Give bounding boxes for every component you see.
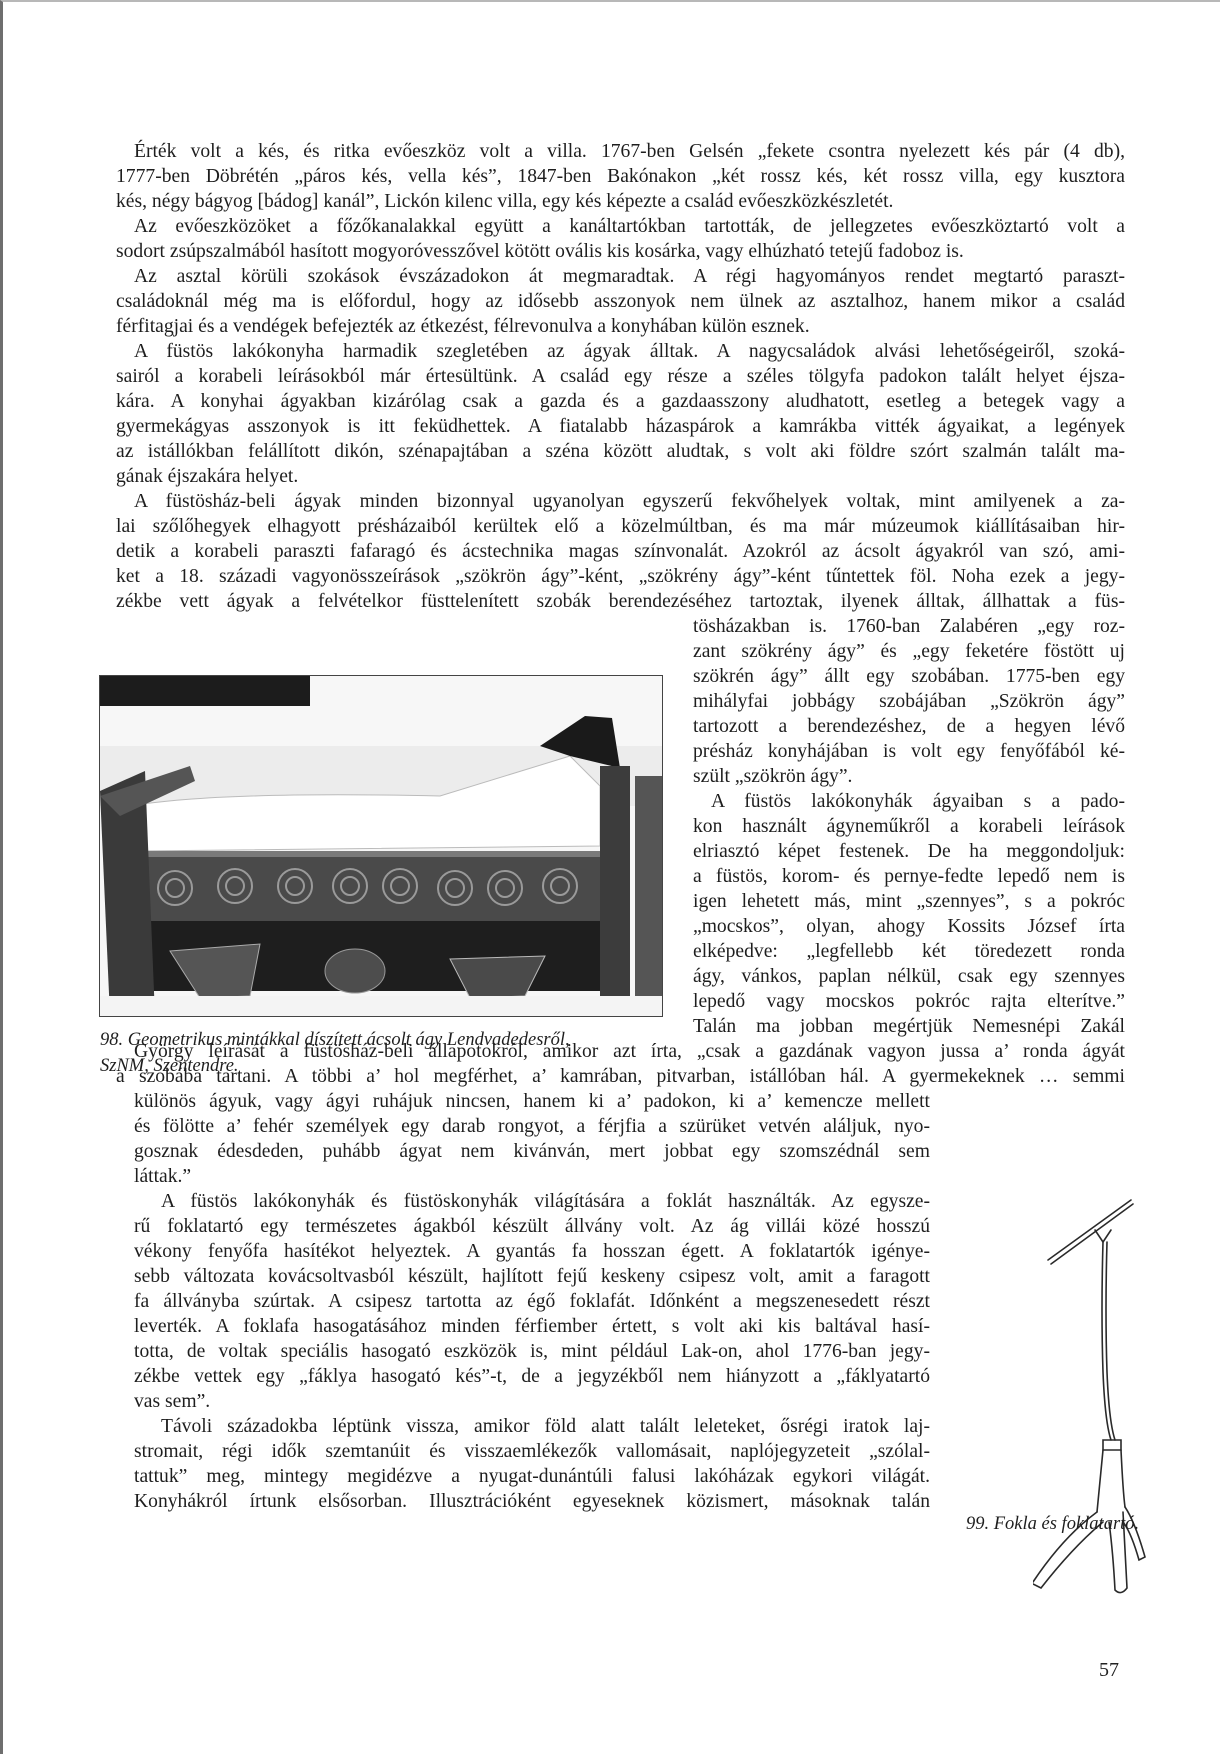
text-line: sairól a korabeli leírásokból már értesü… bbox=[116, 365, 1125, 389]
text-line: A füstös lakókonyhák ágyaiban s a pado- bbox=[711, 790, 1125, 814]
text-line: gyermekágyas asszonyok is itt feküdhette… bbox=[116, 415, 1125, 439]
text-line: Talán ma jobban megértjük Nemesnépi Zaká… bbox=[693, 1015, 1125, 1039]
text-line: láttak.” bbox=[134, 1165, 191, 1189]
text-line: Az evőeszközöket a főzőkanalakkal együtt… bbox=[134, 215, 1125, 239]
text-line: Távoli századokba léptünk vissza, amikor… bbox=[161, 1415, 930, 1439]
figure-99-caption: 99. Fokla és foklatartó. bbox=[966, 1511, 1139, 1537]
text-line: szökrén ágy” állt egy szobában. 1775-ben… bbox=[693, 665, 1125, 689]
text-line: A füstös lakókonyha harmadik szegletében… bbox=[134, 340, 1125, 364]
text-line: vas sem”. bbox=[134, 1390, 210, 1414]
text-line: totta, de voltak speciális hasogató eszk… bbox=[134, 1340, 930, 1364]
text-line: családoknál még ma is előfordul, hogy az… bbox=[116, 290, 1125, 314]
text-line: gosznak édesdeden, puhább ágyat nem kivá… bbox=[134, 1140, 930, 1164]
text-line: kés, négy bágyog [bádog] kanál”, Lickón … bbox=[116, 190, 893, 214]
figure-98-photo bbox=[99, 675, 663, 1017]
text-line: vékony fenyőfa hasítékot helyeztek. A gy… bbox=[134, 1240, 930, 1264]
text-line: zékbe vett ágyak a felvételkor füsttelen… bbox=[116, 590, 1125, 614]
figure-98-caption-line-2: SzNM, Szentendre. bbox=[100, 1053, 239, 1079]
text-line: Érték volt a kés, és ritka evőeszköz vol… bbox=[134, 140, 1125, 164]
text-line: kon használt ágyneműkről a korabeli leír… bbox=[693, 815, 1125, 839]
text-line: szült „szökrön ágy”. bbox=[693, 765, 852, 789]
text-line: 1777-ben Döbrétén „páros kés, vella kés”… bbox=[116, 165, 1125, 189]
fokla-holder-icon bbox=[1033, 1192, 1163, 1602]
text-line: présház konyhájában is volt egy fenyőfáb… bbox=[693, 740, 1125, 764]
text-line: zékbe vettek egy „fáklya hasogató kés”-t… bbox=[134, 1365, 930, 1389]
text-line: tattuk” meg, mintegy megidézve a nyugat-… bbox=[134, 1465, 930, 1489]
text-line: Az asztal körüli szokások évszázadokon á… bbox=[134, 265, 1125, 289]
text-line: a füstös, korom- és pernye-fedte lepedő … bbox=[693, 865, 1125, 889]
text-line: gának éjszakára helyet. bbox=[116, 465, 298, 489]
text-line: Konyhákról írtunk elsősorban. Illusztrác… bbox=[134, 1490, 930, 1514]
text-line: sodort zsúpszalmából hasított mogyoróves… bbox=[116, 240, 964, 264]
figure-99-drawing bbox=[1033, 1192, 1163, 1602]
document-page: Érték volt a kés, és ritka evőeszköz vol… bbox=[0, 0, 1220, 1754]
text-line: ágy, vánkos, paplan nélkül, csak egy sze… bbox=[693, 965, 1125, 989]
text-line: fa állványba szúrtak. A csipesz tartotta… bbox=[134, 1290, 930, 1314]
text-line: az istállókban felállított dikón, szénap… bbox=[116, 440, 1125, 464]
text-line: sebb változata kovácsoltvasból készült, … bbox=[134, 1265, 930, 1289]
text-line: lai szőlőhegyek elhagyott présházaiból k… bbox=[116, 515, 1125, 539]
text-line: A füstös lakókonyhák és füstöskonyhák vi… bbox=[161, 1190, 930, 1214]
page-number: 57 bbox=[1099, 1659, 1119, 1682]
text-line: és fölötte a’ fehér személyek egy darab … bbox=[134, 1115, 930, 1139]
text-line: különös ágyuk, vagy ágyi ruhájuk nincsen… bbox=[134, 1090, 930, 1114]
text-line: kára. A konyhai ágyakban kizárólag csak … bbox=[116, 390, 1125, 414]
text-line: férfitagjai és a vendégek befejezték az … bbox=[116, 315, 810, 339]
text-line: lepedő vagy mocskos pokróc rajta elterít… bbox=[693, 990, 1125, 1014]
text-line: detik a korabeli paraszti fafaragó és ác… bbox=[116, 540, 1125, 564]
text-line: A füstösház-beli ágyak minden bizonnyal … bbox=[134, 490, 1125, 514]
text-line: mihályfai jobbágy szobájában „Szökrön ág… bbox=[693, 690, 1125, 714]
text-line: ket a 18. századi vagyonösszeírások „szö… bbox=[116, 565, 1125, 589]
text-line: elképedve: „legfellebb két töredezett ro… bbox=[693, 940, 1125, 964]
text-line: igen lehetett más, mint „szennyes”, s a … bbox=[693, 890, 1125, 914]
text-line: zant szökrény ágy” és „egy feketére föst… bbox=[693, 640, 1125, 664]
carved-bed-image bbox=[100, 676, 662, 1016]
text-line: a szobába tartani. A többi a’ hol megfér… bbox=[116, 1065, 1125, 1089]
text-line: elriasztó képet festenek. De ha meggondo… bbox=[693, 840, 1125, 864]
text-line: leverték. A foklafa hasogatásához minden… bbox=[134, 1315, 930, 1339]
figure-98-caption-line-1: 98. Geometrikus mintákkal díszített ácso… bbox=[100, 1027, 570, 1053]
text-line: tösházakban is. 1760-ban Zalabéren „egy … bbox=[693, 615, 1125, 639]
text-line: tartozott a berendezéshez, de a hegyen l… bbox=[693, 715, 1125, 739]
text-line: rű foklatartó egy természetes ágakból ké… bbox=[134, 1215, 930, 1239]
text-line: stromait, régi idők szemtanúit és vissza… bbox=[134, 1440, 930, 1464]
text-line: „mocskos”, olyan, ahogy Kossits József í… bbox=[693, 915, 1125, 939]
